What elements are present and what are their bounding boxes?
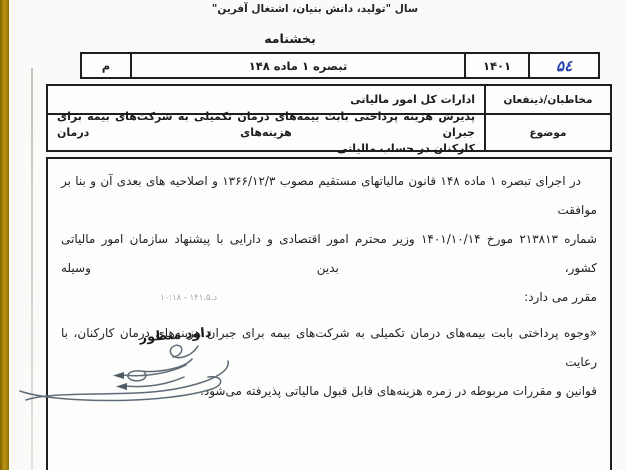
serial-number-cell: ۵٤ — [528, 54, 598, 77]
para1-line-1: در اجرای تبصره ۱ ماده ۱۴۸ قانون مالیاتها… — [61, 167, 597, 225]
faint-print-stamp: ۱۰:۱۸ - ۱۴۱.۵.د — [160, 293, 217, 303]
page-edge-gold-strip — [0, 0, 9, 470]
handwritten-signature-icon — [16, 334, 234, 408]
subject-line-2: کارکنان در حساب مالیاتی — [57, 141, 475, 157]
year-cell: ۱۴۰۱ — [464, 54, 528, 77]
subject-label: موضوع — [484, 115, 610, 150]
year-slogan: سال "تولید، دانش بنیان، اشتغال آفرین" — [130, 3, 500, 15]
scan-fold-line — [31, 68, 33, 470]
circular-body: در اجرای تبصره ۱ ماده ۱۴۸ قانون مالیاتها… — [46, 157, 612, 470]
handwritten-serial-number: ۵٤ — [556, 56, 573, 75]
legal-reference-cell: تبصره ۱ ماده ۱۴۸ — [130, 54, 464, 77]
category-cell: م — [82, 54, 130, 77]
para1-line-3: مقرر می دارد: — [61, 283, 597, 312]
document-type-title: بخشنامه — [230, 31, 350, 46]
subject-row: موضوع پذیرش هزینه پرداختی بابت بیمه‌های … — [48, 115, 610, 150]
para1-line-2: شماره ۲۱۳۸۱۳ مورخ ۱۴۰۱/۱۰/۱۴ وزیر محترم … — [61, 225, 597, 283]
audience-label: مخاطبان/ذینفعان — [484, 86, 610, 113]
header-number-row: ۵٤ ۱۴۰۱ تبصره ۱ ماده ۱۴۸ م — [80, 52, 600, 79]
info-table: مخاطبان/ذینفعان ادارات کل امور مالیاتی م… — [46, 84, 612, 152]
audience-value-text: ادارات کل امور مالیاتی — [57, 92, 475, 108]
subject-value: پذیرش هزینه پرداختی بابت بیمه‌های درمان … — [48, 115, 484, 150]
circular-document-page: سال "تولید، دانش بنیان، اشتغال آفرین" بخ… — [0, 0, 626, 470]
subject-line-1: پذیرش هزینه پرداختی بابت بیمه‌های درمان … — [57, 109, 475, 141]
body-paragraph-1: در اجرای تبصره ۱ ماده ۱۴۸ قانون مالیاتها… — [61, 167, 597, 312]
